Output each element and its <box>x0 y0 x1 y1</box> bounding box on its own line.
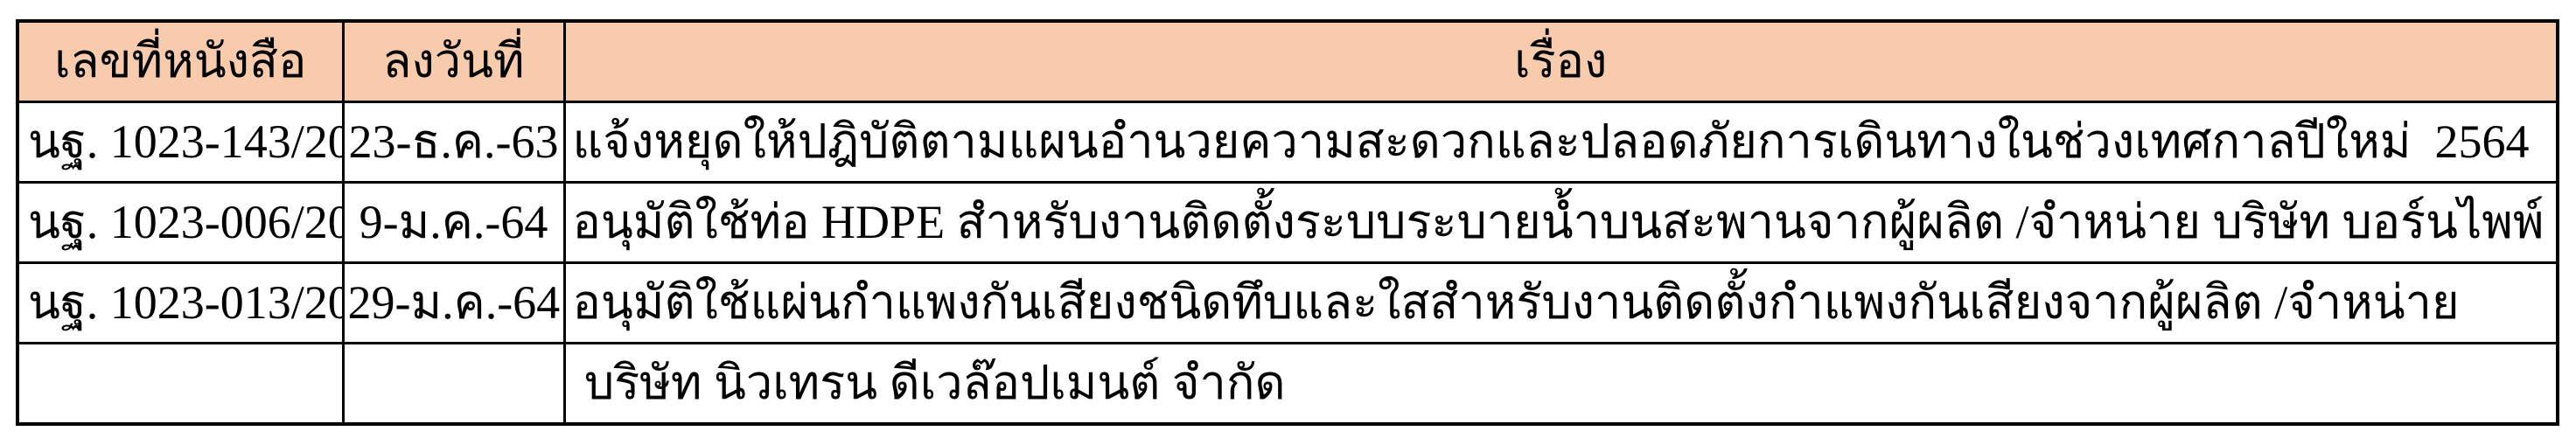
table-row: นฐ. 1023-013/2021 29-ม.ค.-64 อนุมัติใช้แ… <box>17 263 2558 344</box>
document-canvas: เลขที่หนังสือ ลงวันที่ เรื่อง นฐ. 1023-1… <box>0 0 2576 445</box>
column-header-date: ลงวันที่ <box>343 21 564 102</box>
subject-cell: แจ้งหยุดให้ปฎิบัติตามแผนอำนวยความสะดวกแล… <box>564 102 2558 183</box>
subject-cell: บริษัท นิวเทรน ดีเวล๊อปเมนต์ จำกัด <box>564 344 2558 425</box>
doc-no-cell <box>17 344 343 425</box>
doc-no-cell: นฐ. 1023-013/2021 <box>17 263 343 344</box>
subject-cell: อนุมัติใช้แผ่นกำแพงกันเสียงชนิดทึบและใสส… <box>564 263 2558 344</box>
subject-cell: อนุมัติใช้ท่อ HDPE สำหรับงานติดตั้งระบบร… <box>564 183 2558 263</box>
date-cell: 9-ม.ค.-64 <box>343 183 564 263</box>
date-cell <box>343 344 564 425</box>
letters-table: เลขที่หนังสือ ลงวันที่ เรื่อง นฐ. 1023-1… <box>16 19 2559 426</box>
table-row: นฐ. 1023-006/2021 9-ม.ค.-64 อนุมัติใช้ท่… <box>17 183 2558 263</box>
column-header-subject: เรื่อง <box>564 21 2558 102</box>
table-row: นฐ. 1023-143/2020 23-ธ.ค.-63 แจ้งหยุดให้… <box>17 102 2558 183</box>
doc-no-cell: นฐ. 1023-143/2020 <box>17 102 343 183</box>
column-header-doc-no: เลขที่หนังสือ <box>17 21 343 102</box>
date-cell: 23-ธ.ค.-63 <box>343 102 564 183</box>
table-row: บริษัท นิวเทรน ดีเวล๊อปเมนต์ จำกัด <box>17 344 2558 425</box>
doc-no-cell: นฐ. 1023-006/2021 <box>17 183 343 263</box>
header-row: เลขที่หนังสือ ลงวันที่ เรื่อง <box>17 21 2558 102</box>
date-cell: 29-ม.ค.-64 <box>343 263 564 344</box>
